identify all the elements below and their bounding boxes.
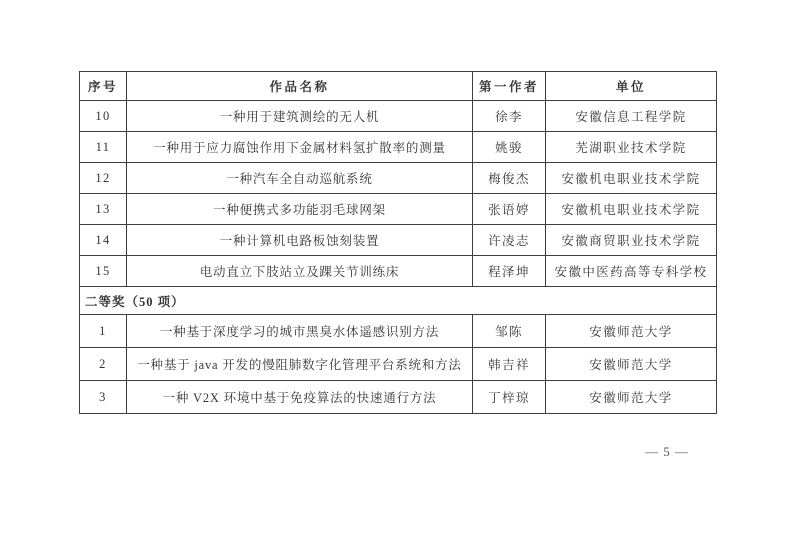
work-title-cell: 一种汽车全自动巡航系统 <box>127 163 473 194</box>
award-table: 序号 作品名称 第一作者 单位 10一种用于建筑测绘的无人机徐李安徽信息工程学院… <box>79 71 717 414</box>
work-title-cell: 一种计算机电路板蚀刻装置 <box>127 225 473 256</box>
table-row: 11一种用于应力腐蚀作用下金属材料氢扩散率的测量姚骏芜湖职业技术学院 <box>80 132 717 163</box>
col-header-work-title: 作品名称 <box>127 72 473 101</box>
col-header-no: 序号 <box>80 72 127 101</box>
table-row: 14一种计算机电路板蚀刻装置许凌志安徽商贸职业技术学院 <box>80 225 717 256</box>
row-number-cell: 12 <box>80 163 127 194</box>
first-author-cell: 姚骏 <box>473 132 546 163</box>
row-number-cell: 14 <box>80 225 127 256</box>
row-number-cell: 15 <box>80 256 127 287</box>
work-title-cell: 一种 V2X 环境中基于免疫算法的快速通行方法 <box>127 381 473 414</box>
section-label: 二等奖（50 项） <box>80 287 717 315</box>
table-row: 10一种用于建筑测绘的无人机徐李安徽信息工程学院 <box>80 101 717 132</box>
row-number-cell: 11 <box>80 132 127 163</box>
section-header-row: 二等奖（50 项） <box>80 287 717 315</box>
page-number: — 5 — <box>645 444 689 460</box>
work-title-cell: 一种便携式多功能羽毛球网架 <box>127 194 473 225</box>
table-row: 13一种便携式多功能羽毛球网架张语婷安徽机电职业技术学院 <box>80 194 717 225</box>
row-number-cell: 2 <box>80 348 127 381</box>
first-author-cell: 邹陈 <box>473 315 546 348</box>
organization-cell: 安徽信息工程学院 <box>546 101 717 132</box>
organization-cell: 安徽机电职业技术学院 <box>546 194 717 225</box>
organization-cell: 安徽师范大学 <box>546 381 717 414</box>
table-row: 3一种 V2X 环境中基于免疫算法的快速通行方法丁梓琼安徽师范大学 <box>80 381 717 414</box>
organization-cell: 安徽师范大学 <box>546 348 717 381</box>
document-page: 序号 作品名称 第一作者 单位 10一种用于建筑测绘的无人机徐李安徽信息工程学院… <box>0 0 800 533</box>
first-author-cell: 梅俊杰 <box>473 163 546 194</box>
first-author-cell: 韩吉祥 <box>473 348 546 381</box>
first-author-cell: 丁梓琼 <box>473 381 546 414</box>
table-header-row: 序号 作品名称 第一作者 单位 <box>80 72 717 101</box>
first-author-cell: 张语婷 <box>473 194 546 225</box>
row-number-cell: 3 <box>80 381 127 414</box>
table-row: 1一种基于深度学习的城市黑臭水体遥感识别方法邹陈安徽师范大学 <box>80 315 717 348</box>
col-header-organization: 单位 <box>546 72 717 101</box>
row-number-cell: 1 <box>80 315 127 348</box>
organization-cell: 安徽中医药高等专科学校 <box>546 256 717 287</box>
organization-cell: 安徽商贸职业技术学院 <box>546 225 717 256</box>
table-row: 15电动直立下肢站立及踝关节训练床程泽坤安徽中医药高等专科学校 <box>80 256 717 287</box>
table-row: 12一种汽车全自动巡航系统梅俊杰安徽机电职业技术学院 <box>80 163 717 194</box>
first-author-cell: 许凌志 <box>473 225 546 256</box>
organization-cell: 芜湖职业技术学院 <box>546 132 717 163</box>
work-title-cell: 电动直立下肢站立及踝关节训练床 <box>127 256 473 287</box>
first-author-cell: 程泽坤 <box>473 256 546 287</box>
organization-cell: 安徽机电职业技术学院 <box>546 163 717 194</box>
col-header-first-author: 第一作者 <box>473 72 546 101</box>
work-title-cell: 一种用于应力腐蚀作用下金属材料氢扩散率的测量 <box>127 132 473 163</box>
row-number-cell: 13 <box>80 194 127 225</box>
work-title-cell: 一种用于建筑测绘的无人机 <box>127 101 473 132</box>
work-title-cell: 一种基于 java 开发的慢阻肺数字化管理平台系统和方法 <box>127 348 473 381</box>
table-row: 2一种基于 java 开发的慢阻肺数字化管理平台系统和方法韩吉祥安徽师范大学 <box>80 348 717 381</box>
organization-cell: 安徽师范大学 <box>546 315 717 348</box>
table-body: 10一种用于建筑测绘的无人机徐李安徽信息工程学院11一种用于应力腐蚀作用下金属材… <box>80 101 717 414</box>
row-number-cell: 10 <box>80 101 127 132</box>
work-title-cell: 一种基于深度学习的城市黑臭水体遥感识别方法 <box>127 315 473 348</box>
first-author-cell: 徐李 <box>473 101 546 132</box>
